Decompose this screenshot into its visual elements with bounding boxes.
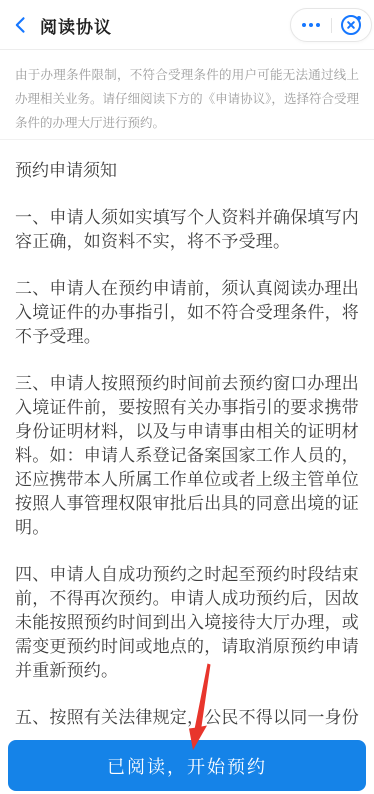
circle-close-icon [339,13,363,37]
notice-paragraph-3: 三、申请人按照预约时间前去预约窗口办理出入境证件前，要按照有关办事指引的要求携带… [15,372,359,540]
notice-paragraph-1: 一、申请人须如实填写个人资料并确保填写内容正确，如资料不实，将不予受理。 [15,206,359,254]
page-title: 阅读协议 [40,13,112,38]
app-screen: 阅读协议 由于办理条件限制，不符合受理条件的用户可能无法通过线上办理相关业务。请… [0,0,374,794]
notice-paragraph-5: 五、按照有关法律规定，公民不得以同一身份 [15,706,359,730]
miniapp-capsule [290,8,372,42]
intro-notice-text: 由于办理条件限制，不符合受理条件的用户可能无法通过线上办理相关业务。请仔细阅读下… [15,63,359,135]
notice-paragraph-2: 二、申请人在预约申请前，须认真阅读办理出入境证件的办事指引，如不符合受理条件，将… [15,277,359,349]
notice-title: 预约申请须知 [15,159,359,183]
notice-paragraph-4: 四、申请人自成功预约之时起至预约时段结束前，不得再次预约。申请人成功预约后，因故… [15,563,359,683]
footer-bar: 已阅读，开始预约 [0,728,374,794]
header-bar: 阅读协议 [0,0,374,50]
back-button[interactable] [6,10,36,40]
more-icon [302,23,306,27]
section-divider [0,139,374,140]
chevron-left-icon [11,15,31,35]
close-button[interactable] [332,9,372,41]
agreement-scroll-area[interactable]: 由于办理条件限制，不符合受理条件的用户可能无法通过线上办理相关业务。请仔细阅读下… [0,51,374,794]
confirm-read-button[interactable]: 已阅读，开始预约 [8,740,366,791]
more-button[interactable] [291,9,331,41]
